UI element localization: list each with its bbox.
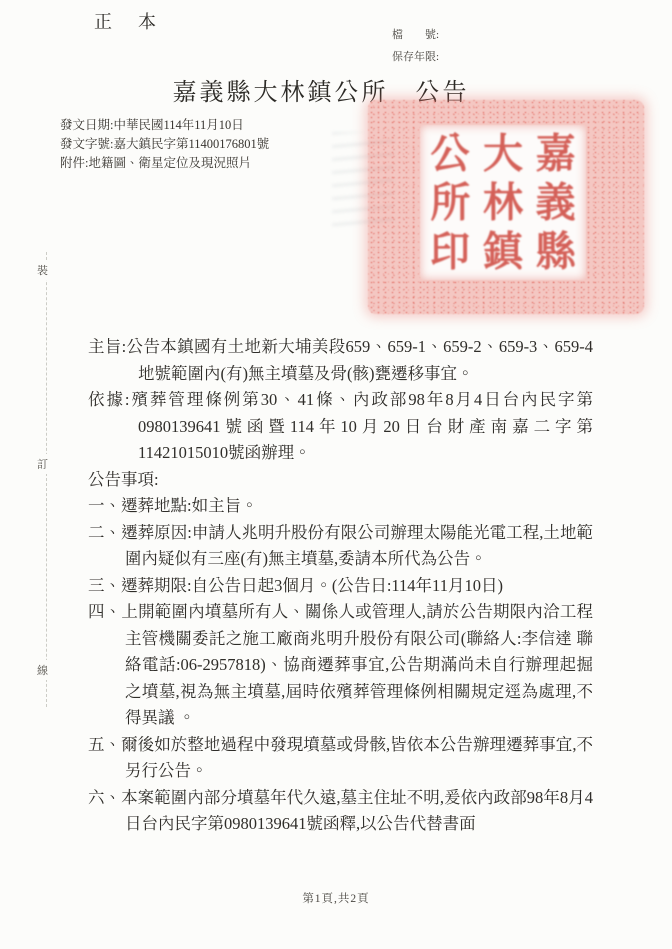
- official-seal-stamp: 嘉 義 縣 大 林 鎮 公 所 印: [368, 100, 644, 314]
- file-number-label: 檔 號:: [392, 24, 439, 46]
- binding-mark-zhuang: 裝: [37, 260, 48, 280]
- seal-inner-face: 嘉 義 縣 大 林 鎮 公 所 印: [420, 125, 586, 280]
- seal-character: 大: [483, 130, 523, 177]
- subject-text: 公告本鎮國有土地新大埔美段659、659-1、659-2、659-3、659-4…: [126, 337, 593, 383]
- seal-character: 嘉: [536, 130, 576, 177]
- binding-mark-xian: 線: [37, 660, 48, 680]
- issue-date: 發文日期:中華民國114年11月10日: [60, 116, 269, 135]
- item-number: 六、: [88, 788, 121, 807]
- seal-character: 林: [483, 179, 523, 226]
- subject-label: 主旨:: [88, 337, 126, 356]
- item-text: 爾後如於整地過程中發現墳墓或骨骸,皆依本公告辦理遷葬事宜,不另行公告。: [121, 735, 593, 781]
- basis-label: 依據:: [88, 390, 130, 409]
- meta-block: 發文日期:中華民國114年11月10日 發文字號:嘉大鎮民字第114001768…: [60, 116, 269, 173]
- announcement-body: 主旨:公告本鎮國有土地新大埔美段659、659-1、659-2、659-3、65…: [88, 334, 593, 838]
- subject-paragraph: 主旨:公告本鎮國有土地新大埔美段659、659-1、659-2、659-3、65…: [88, 334, 593, 387]
- item-number: 五、: [88, 735, 121, 754]
- seal-column-right: 嘉 義 縣: [536, 129, 576, 276]
- item-number: 一、: [88, 496, 121, 515]
- binding-dashed-line: [46, 252, 47, 707]
- announcement-item: 二、遷葬原因:申請人兆明升股份有限公司辦理太陽能光電工程,土地範圍內疑似有三座(…: [88, 520, 593, 573]
- seal-character: 鎮: [483, 228, 523, 275]
- attachments: 附件:地籍圖、衛星定位及現況照片: [60, 154, 269, 173]
- items-heading: 公告事項:: [88, 467, 593, 494]
- seal-character: 印: [430, 228, 470, 275]
- binding-mark-ding: 訂: [37, 454, 48, 474]
- item-text: 上開範圍內墳墓所有人、關係人或管理人,請於公告期限內洽工程主管機關委託之施工廠商…: [121, 602, 593, 727]
- announcement-item: 一、遷葬地點:如主旨。: [88, 493, 593, 520]
- item-number: 四、: [88, 602, 121, 621]
- item-number: 二、: [88, 523, 121, 542]
- seal-character: 縣: [536, 228, 576, 275]
- copy-type-label: 正 本: [94, 8, 160, 34]
- seal-character: 所: [430, 179, 470, 226]
- item-text: 遷葬原因:申請人兆明升股份有限公司辦理太陽能光電工程,土地範圍內疑似有三座(有)…: [121, 523, 593, 569]
- announcement-item: 四、上開範圍內墳墓所有人、關係人或管理人,請於公告期限內洽工程主管機關委託之施工…: [88, 599, 593, 732]
- item-number: 三、: [88, 576, 121, 595]
- basis-text: 殯葬管理條例第30、41條、內政部98年8月4日台內民字第0980139641號…: [130, 390, 593, 462]
- scanned-announcement-page: 正 本 檔 號: 保存年限: 嘉義縣大林鎮公所 公告 發文日期:中華民國114年…: [0, 0, 672, 949]
- announcement-item: 六、本案範圍內部分墳墓年代久遠,墓主住址不明,爰依內政部98年8月4日台內民字第…: [88, 785, 593, 838]
- seal-character: 義: [536, 179, 576, 226]
- doc-number: 發文字號:嘉大鎮民字第11400176801號: [60, 135, 269, 154]
- page-footer: 第1頁,共2頁: [0, 890, 672, 906]
- seal-column-middle: 大 林 鎮: [483, 129, 523, 276]
- item-text: 遷葬地點:如主旨。: [121, 496, 258, 515]
- retention-period-label: 保存年限:: [392, 46, 439, 68]
- basis-paragraph: 依據:殯葬管理條例第30、41條、內政部98年8月4日台內民字第09801396…: [88, 387, 593, 467]
- announcement-items: 一、遷葬地點:如主旨。 二、遷葬原因:申請人兆明升股份有限公司辦理太陽能光電工程…: [88, 493, 593, 838]
- item-text: 本案範圍內部分墳墓年代久遠,墓主住址不明,爰依內政部98年8月4日台內民字第09…: [121, 788, 593, 834]
- seal-character: 公: [430, 130, 470, 177]
- announcement-item: 五、爾後如於整地過程中發現墳墓或骨骸,皆依本公告辦理遷葬事宜,不另行公告。: [88, 732, 593, 785]
- item-text: 遷葬期限:自公告日起3個月。(公告日:114年11月10日): [121, 576, 503, 595]
- announcement-item: 三、遷葬期限:自公告日起3個月。(公告日:114年11月10日): [88, 573, 593, 600]
- header-right-block: 檔 號: 保存年限:: [392, 24, 439, 68]
- seal-column-left: 公 所 印: [430, 129, 470, 276]
